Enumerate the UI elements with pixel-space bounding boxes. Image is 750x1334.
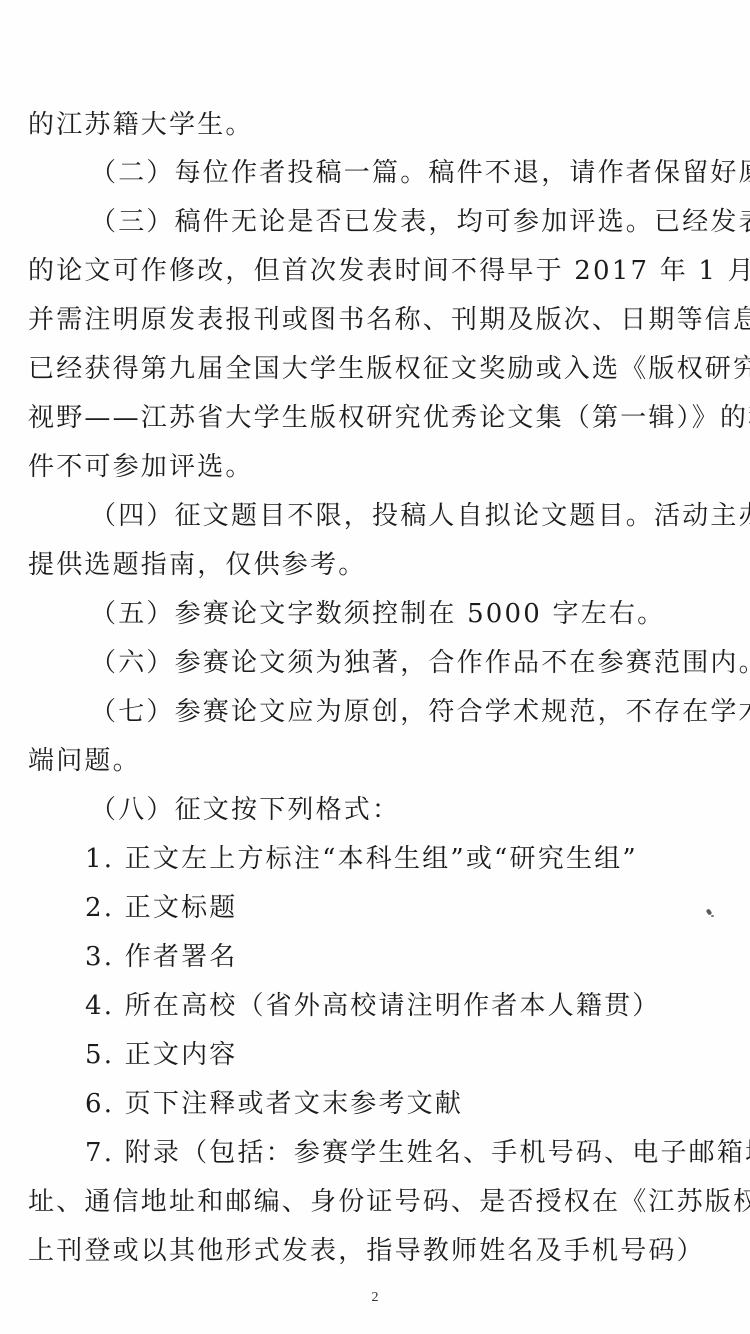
paragraph-3-line-6: 件不可参加评选。 <box>28 450 254 484</box>
paragraph-3-line-1: （三）稿件无论是否已发表，均可参加评选。已经发表过 <box>90 205 750 239</box>
paragraph-7-line-1: （七）参赛论文应为原创，符合学术规范，不存在学术不 <box>90 695 750 729</box>
format-item-7-line-2: 址、通信地址和邮编、身份证号码、是否授权在《江苏版权》 <box>28 1185 750 1219</box>
document-page: 的江苏籍大学生。 （二）每位作者投稿一篇。稿件不退，请作者保留好原稿。 （三）稿… <box>0 0 750 1334</box>
paragraph-3-line-4: 已经获得第九届全国大学生版权征文奖励或入选《版权研究新 <box>28 352 750 386</box>
format-item-1: 1. 正文左上方标注“本科生组”或“研究生组” <box>85 842 638 876</box>
text-line-1: 的江苏籍大学生。 <box>28 108 254 142</box>
paragraph-3-line-5: 视野——江苏省大学生版权研究优秀论文集（第一辑）》的稿 <box>28 401 750 435</box>
paragraph-3-line-2: 的论文可作修改，但首次发表时间不得早于 2017 年 1 月 1 日， <box>28 254 750 288</box>
format-item-3: 3. 作者署名 <box>85 940 237 974</box>
format-item-2: 2. 正文标题 <box>85 891 237 925</box>
format-item-7-line-1: 7. 附录（包括：参赛学生姓名、手机号码、电子邮箱地 <box>85 1136 750 1170</box>
scan-speck-small <box>711 915 714 917</box>
paragraph-8-heading: （八）征文按下列格式： <box>90 793 400 827</box>
format-item-6: 6. 页下注释或者文末参考文献 <box>85 1087 463 1121</box>
paragraph-5: （五）参赛论文字数须控制在 5000 字左右。 <box>90 597 665 631</box>
format-item-4: 4. 所在高校（省外高校请注明作者本人籍贯） <box>85 989 660 1023</box>
format-item-5: 5. 正文内容 <box>85 1038 237 1072</box>
paragraph-6: （六）参赛论文须为独著，合作作品不在参赛范围内。 <box>90 646 750 680</box>
paragraph-7-line-2: 端问题。 <box>28 744 141 778</box>
paragraph-4-line-2: 提供选题指南，仅供参考。 <box>28 548 366 582</box>
page-number: 2 <box>0 1290 750 1306</box>
paragraph-2-line-1: （二）每位作者投稿一篇。稿件不退，请作者保留好原稿。 <box>90 156 750 190</box>
format-item-7-line-3: 上刊登或以其他形式发表，指导教师姓名及手机号码） <box>28 1234 705 1268</box>
paragraph-3-line-3: 并需注明原发表报刊或图书名称、刊期及版次、日期等信息。 <box>28 303 750 337</box>
paragraph-4-line-1: （四）征文题目不限，投稿人自拟论文题目。活动主办方 <box>90 499 750 533</box>
